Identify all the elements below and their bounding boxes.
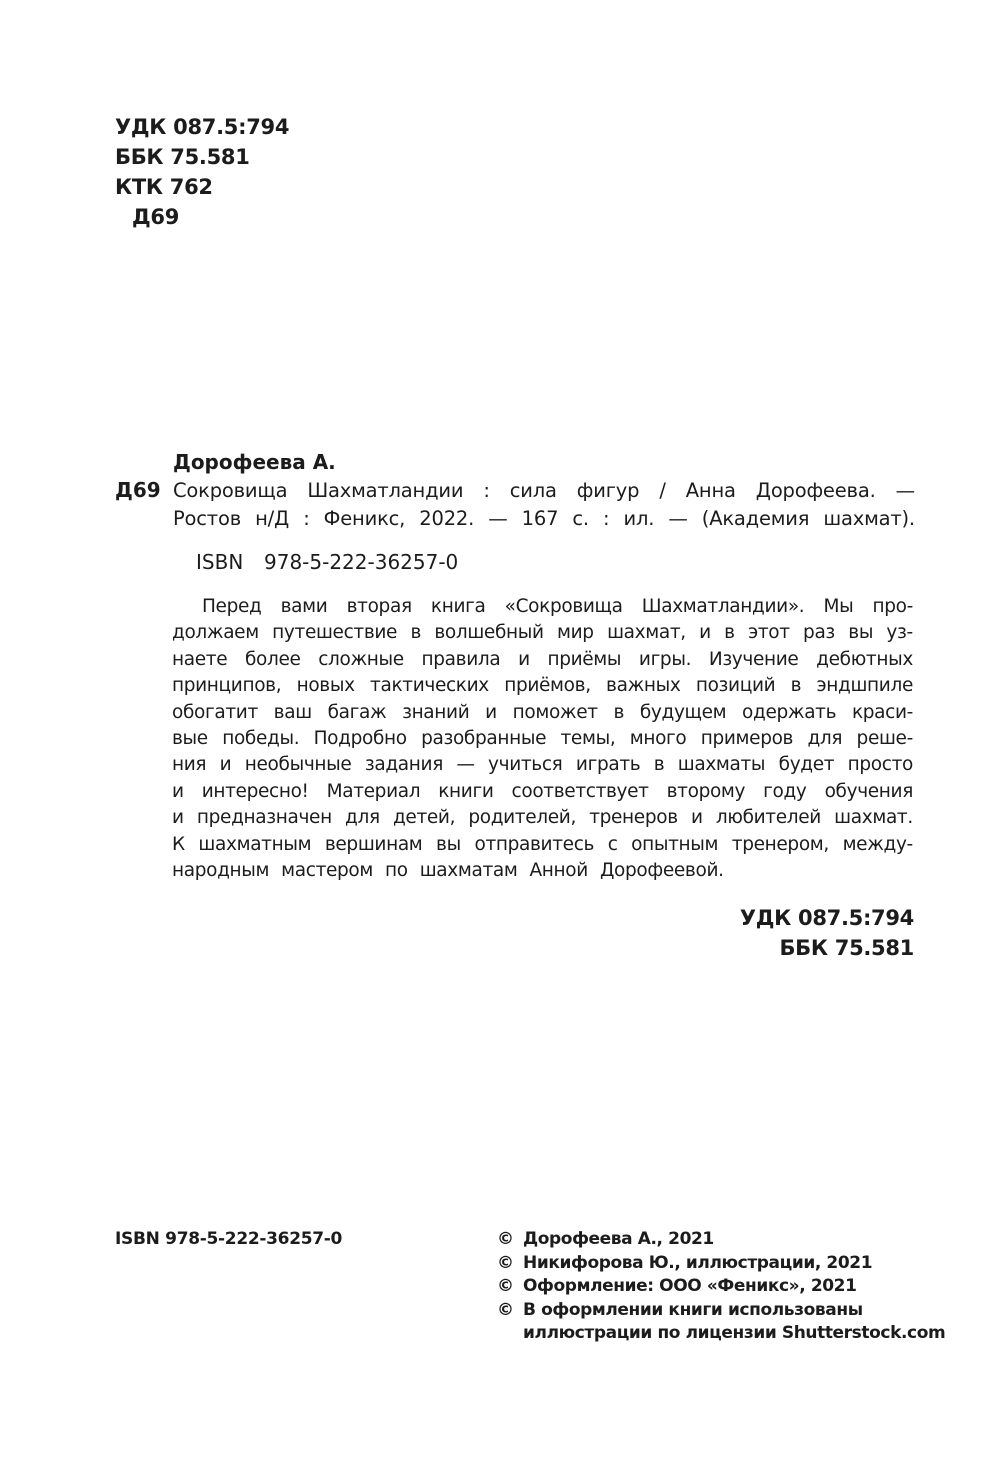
word: Мы: [823, 594, 853, 620]
word: вершинам: [325, 832, 423, 858]
word: в: [654, 752, 665, 778]
word: темы,: [561, 726, 616, 752]
annotation-line: нияинеобычныезадания—учитьсяигратьвшахма…: [172, 752, 913, 778]
word: сила: [510, 477, 557, 505]
word: вами: [281, 594, 328, 620]
word: Сокровища: [173, 477, 287, 505]
word: родителей,: [468, 805, 576, 831]
word: важных: [606, 673, 680, 699]
word: с.: [572, 505, 589, 533]
word: и: [699, 620, 711, 646]
word: мир: [557, 620, 594, 646]
bibliographic-line: Ростовн/Д:Феникс,2022.—167с.:ил.—(Академ…: [173, 505, 915, 533]
classification-block-top: УДК 087.5:794 ББК 75.581 КТК 762 Д69: [115, 112, 289, 232]
word: приёмы: [547, 647, 621, 673]
annotation-line: должаемпутешествиевволшебныймиршахмат,ив…: [172, 620, 913, 646]
word: детей,: [393, 805, 455, 831]
word: фигур: [577, 477, 640, 505]
author-heading: Дорофеева А.: [173, 449, 336, 475]
word: для: [807, 726, 842, 752]
word: примеров: [701, 726, 793, 752]
annotation-line: иинтересно!Материалкнигисоответствуетвто…: [172, 779, 913, 805]
word: Анной: [530, 858, 588, 884]
word: Феникс,: [324, 505, 406, 533]
word: любителей: [716, 805, 821, 831]
word: этот: [748, 620, 790, 646]
copyright-row: ©В оформлении книги использованы: [497, 1299, 945, 1323]
copyright-continuation: иллюстрации по лицензии Shutterstock.com: [497, 1322, 945, 1346]
word: уз-: [886, 620, 912, 646]
word: и: [220, 752, 232, 778]
word: и: [518, 647, 530, 673]
word: в: [614, 700, 625, 726]
word: и: [172, 805, 184, 831]
copyright-icon: ©: [497, 1275, 523, 1299]
footer-isbn: ISBN 978-5-222-36257-0: [115, 1228, 342, 1250]
word: /: [659, 477, 665, 505]
word: вы: [436, 832, 461, 858]
word: интересно!: [202, 779, 309, 805]
word: —: [668, 505, 687, 533]
copyright-icon: ©: [497, 1228, 523, 1252]
copyright-text: В оформлении книги использованы: [523, 1299, 863, 1323]
word: :: [603, 505, 609, 533]
word: и: [172, 779, 184, 805]
annotation-line: принципов,новыхтактическихприёмов,важных…: [172, 673, 913, 699]
annotation-line: наетеболеесложныеправилаиприёмыигры.Изуч…: [172, 647, 913, 673]
copyright-text: Оформление: ООО «Феникс», 2021: [523, 1275, 857, 1299]
word: с: [608, 832, 618, 858]
word: будет: [779, 752, 835, 778]
word: шахмат).: [823, 505, 915, 533]
annotation-paragraph: Передвамивтораякнига«СокровищаШахматланд…: [172, 594, 913, 884]
word: народным: [172, 858, 269, 884]
word: —: [488, 505, 507, 533]
ktk-code: КТК 762: [115, 172, 289, 202]
word: Ростов: [173, 505, 241, 533]
annotation-line: Передвамивтораякнига«СокровищаШахматланд…: [172, 594, 913, 620]
word: в: [791, 673, 802, 699]
word: дебютных: [816, 647, 913, 673]
bbk-code: ББК 75.581: [115, 142, 289, 172]
word: К: [172, 832, 185, 858]
word: отправитесь: [474, 832, 594, 858]
word: —: [896, 477, 915, 505]
word: принципов,: [172, 673, 281, 699]
word: ваш: [274, 700, 312, 726]
word: предназначен: [197, 805, 332, 831]
classification-block-bottom: УДК 087.5:794 ББК 75.581: [740, 903, 914, 963]
udk-code: УДК 087.5:794: [115, 112, 289, 142]
word: учиться: [488, 752, 562, 778]
annotation-line: обогатитвашбагажзнанийипоможетвбудущемод…: [172, 700, 913, 726]
annotation-line: выепобеды.Подробноразобранныетемы,многоп…: [172, 726, 913, 752]
word: обучения: [825, 779, 913, 805]
word: «Сокровища: [505, 594, 623, 620]
word: :: [303, 505, 309, 533]
word: волшебный: [434, 620, 543, 646]
word: наете: [172, 647, 227, 673]
copyright-text: Никифорова Ю., иллюстрации, 2021: [523, 1252, 872, 1276]
copyright-row: ©Никифорова Ю., иллюстрации, 2021: [497, 1252, 945, 1276]
word: году: [763, 779, 806, 805]
word: (Академия: [702, 505, 809, 533]
author-sign: Д69: [115, 202, 289, 232]
word: эндшпиле: [816, 673, 913, 699]
word: про-: [873, 594, 913, 620]
word: багаж: [328, 700, 387, 726]
word: знаний: [402, 700, 469, 726]
word: позиций: [696, 673, 775, 699]
word: задания: [365, 752, 443, 778]
word: Материал: [327, 779, 421, 805]
word: правила: [422, 647, 501, 673]
word: :: [483, 477, 489, 505]
annotation-line: ипредназначендлядетей,родителей,тренеров…: [172, 805, 913, 831]
word: шахмат,: [607, 620, 686, 646]
word: сложные: [318, 647, 404, 673]
word: 2022.: [419, 505, 474, 533]
word: победы.: [222, 726, 299, 752]
word: шахматам: [420, 858, 518, 884]
annotation-line: Кшахматнымвершинамвыотправитесьсопытнымт…: [172, 832, 913, 858]
word: для: [345, 805, 380, 831]
word: вторая: [347, 594, 412, 620]
word: играть: [576, 752, 640, 778]
word: Перед: [202, 594, 261, 620]
word: второму: [667, 779, 746, 805]
word: вы: [848, 620, 873, 646]
copyright-row: ©Оформление: ООО «Феникс», 2021: [497, 1275, 945, 1299]
word: разобранные: [421, 726, 546, 752]
word: раз: [803, 620, 835, 646]
word: поможет: [513, 700, 598, 726]
word: краси-: [852, 700, 913, 726]
word: одержать: [742, 700, 836, 726]
udk-code: УДК 087.5:794: [740, 903, 914, 933]
word: между-: [843, 832, 913, 858]
word: ния: [172, 752, 206, 778]
word: новых: [297, 673, 355, 699]
word: игры.: [639, 647, 691, 673]
copyright-list: ©Дорофеева А., 2021©Никифорова Ю., иллюс…: [497, 1228, 945, 1346]
entry-isbn: ISBN 978-5-222-36257-0: [196, 549, 458, 575]
word: шахматным: [198, 832, 311, 858]
word: обогатит: [172, 700, 258, 726]
bbk-code: ББК 75.581: [740, 933, 914, 963]
word: в: [724, 620, 735, 646]
copyright-icon: ©: [497, 1252, 523, 1276]
annotation-line: народныммастеромпошахматамАннойДорофеево…: [172, 858, 913, 884]
word: Подробно: [314, 726, 407, 752]
word: книги: [438, 779, 493, 805]
word: ил.: [624, 505, 655, 533]
bibliographic-description: СокровищаШахматландии:силафигур/АннаДоро…: [173, 477, 915, 533]
word: в: [410, 620, 421, 646]
word: вые: [172, 726, 208, 752]
word: более: [245, 647, 301, 673]
word: книга: [431, 594, 486, 620]
word: н/Д: [255, 505, 289, 533]
entry-author-sign: Д69: [115, 477, 161, 503]
word: и: [485, 700, 497, 726]
word: по: [385, 858, 408, 884]
word: просто: [848, 752, 913, 778]
copyright-icon: ©: [497, 1299, 523, 1323]
bibliographic-line: СокровищаШахматландии:силафигур/АннаДоро…: [173, 477, 915, 505]
copyright-row: ©Дорофеева А., 2021: [497, 1228, 945, 1252]
copyright-text: Дорофеева А., 2021: [523, 1228, 714, 1252]
word: тренеров: [589, 805, 678, 831]
word: Анна: [686, 477, 736, 505]
word: 167: [522, 505, 559, 533]
word: мастером: [281, 858, 373, 884]
word: тактических: [370, 673, 489, 699]
word: Шахматландии».: [642, 594, 805, 620]
word: шахматы: [678, 752, 765, 778]
word: —: [456, 752, 474, 778]
word: будущем: [640, 700, 726, 726]
word: Дорофеева.: [756, 477, 876, 505]
word: реше-: [857, 726, 913, 752]
word: приёмов,: [504, 673, 591, 699]
word: соответствует: [512, 779, 649, 805]
word: опытным: [631, 832, 718, 858]
word: и: [691, 805, 703, 831]
word: Шахматландии: [307, 477, 463, 505]
word: путешествие: [272, 620, 397, 646]
word: Дорофеевой.: [600, 858, 724, 884]
word: шахмат.: [834, 805, 913, 831]
word: тренером,: [732, 832, 829, 858]
word: Изучение: [709, 647, 799, 673]
word: много: [630, 726, 687, 752]
word: должаем: [172, 620, 259, 646]
word: необычные: [245, 752, 352, 778]
